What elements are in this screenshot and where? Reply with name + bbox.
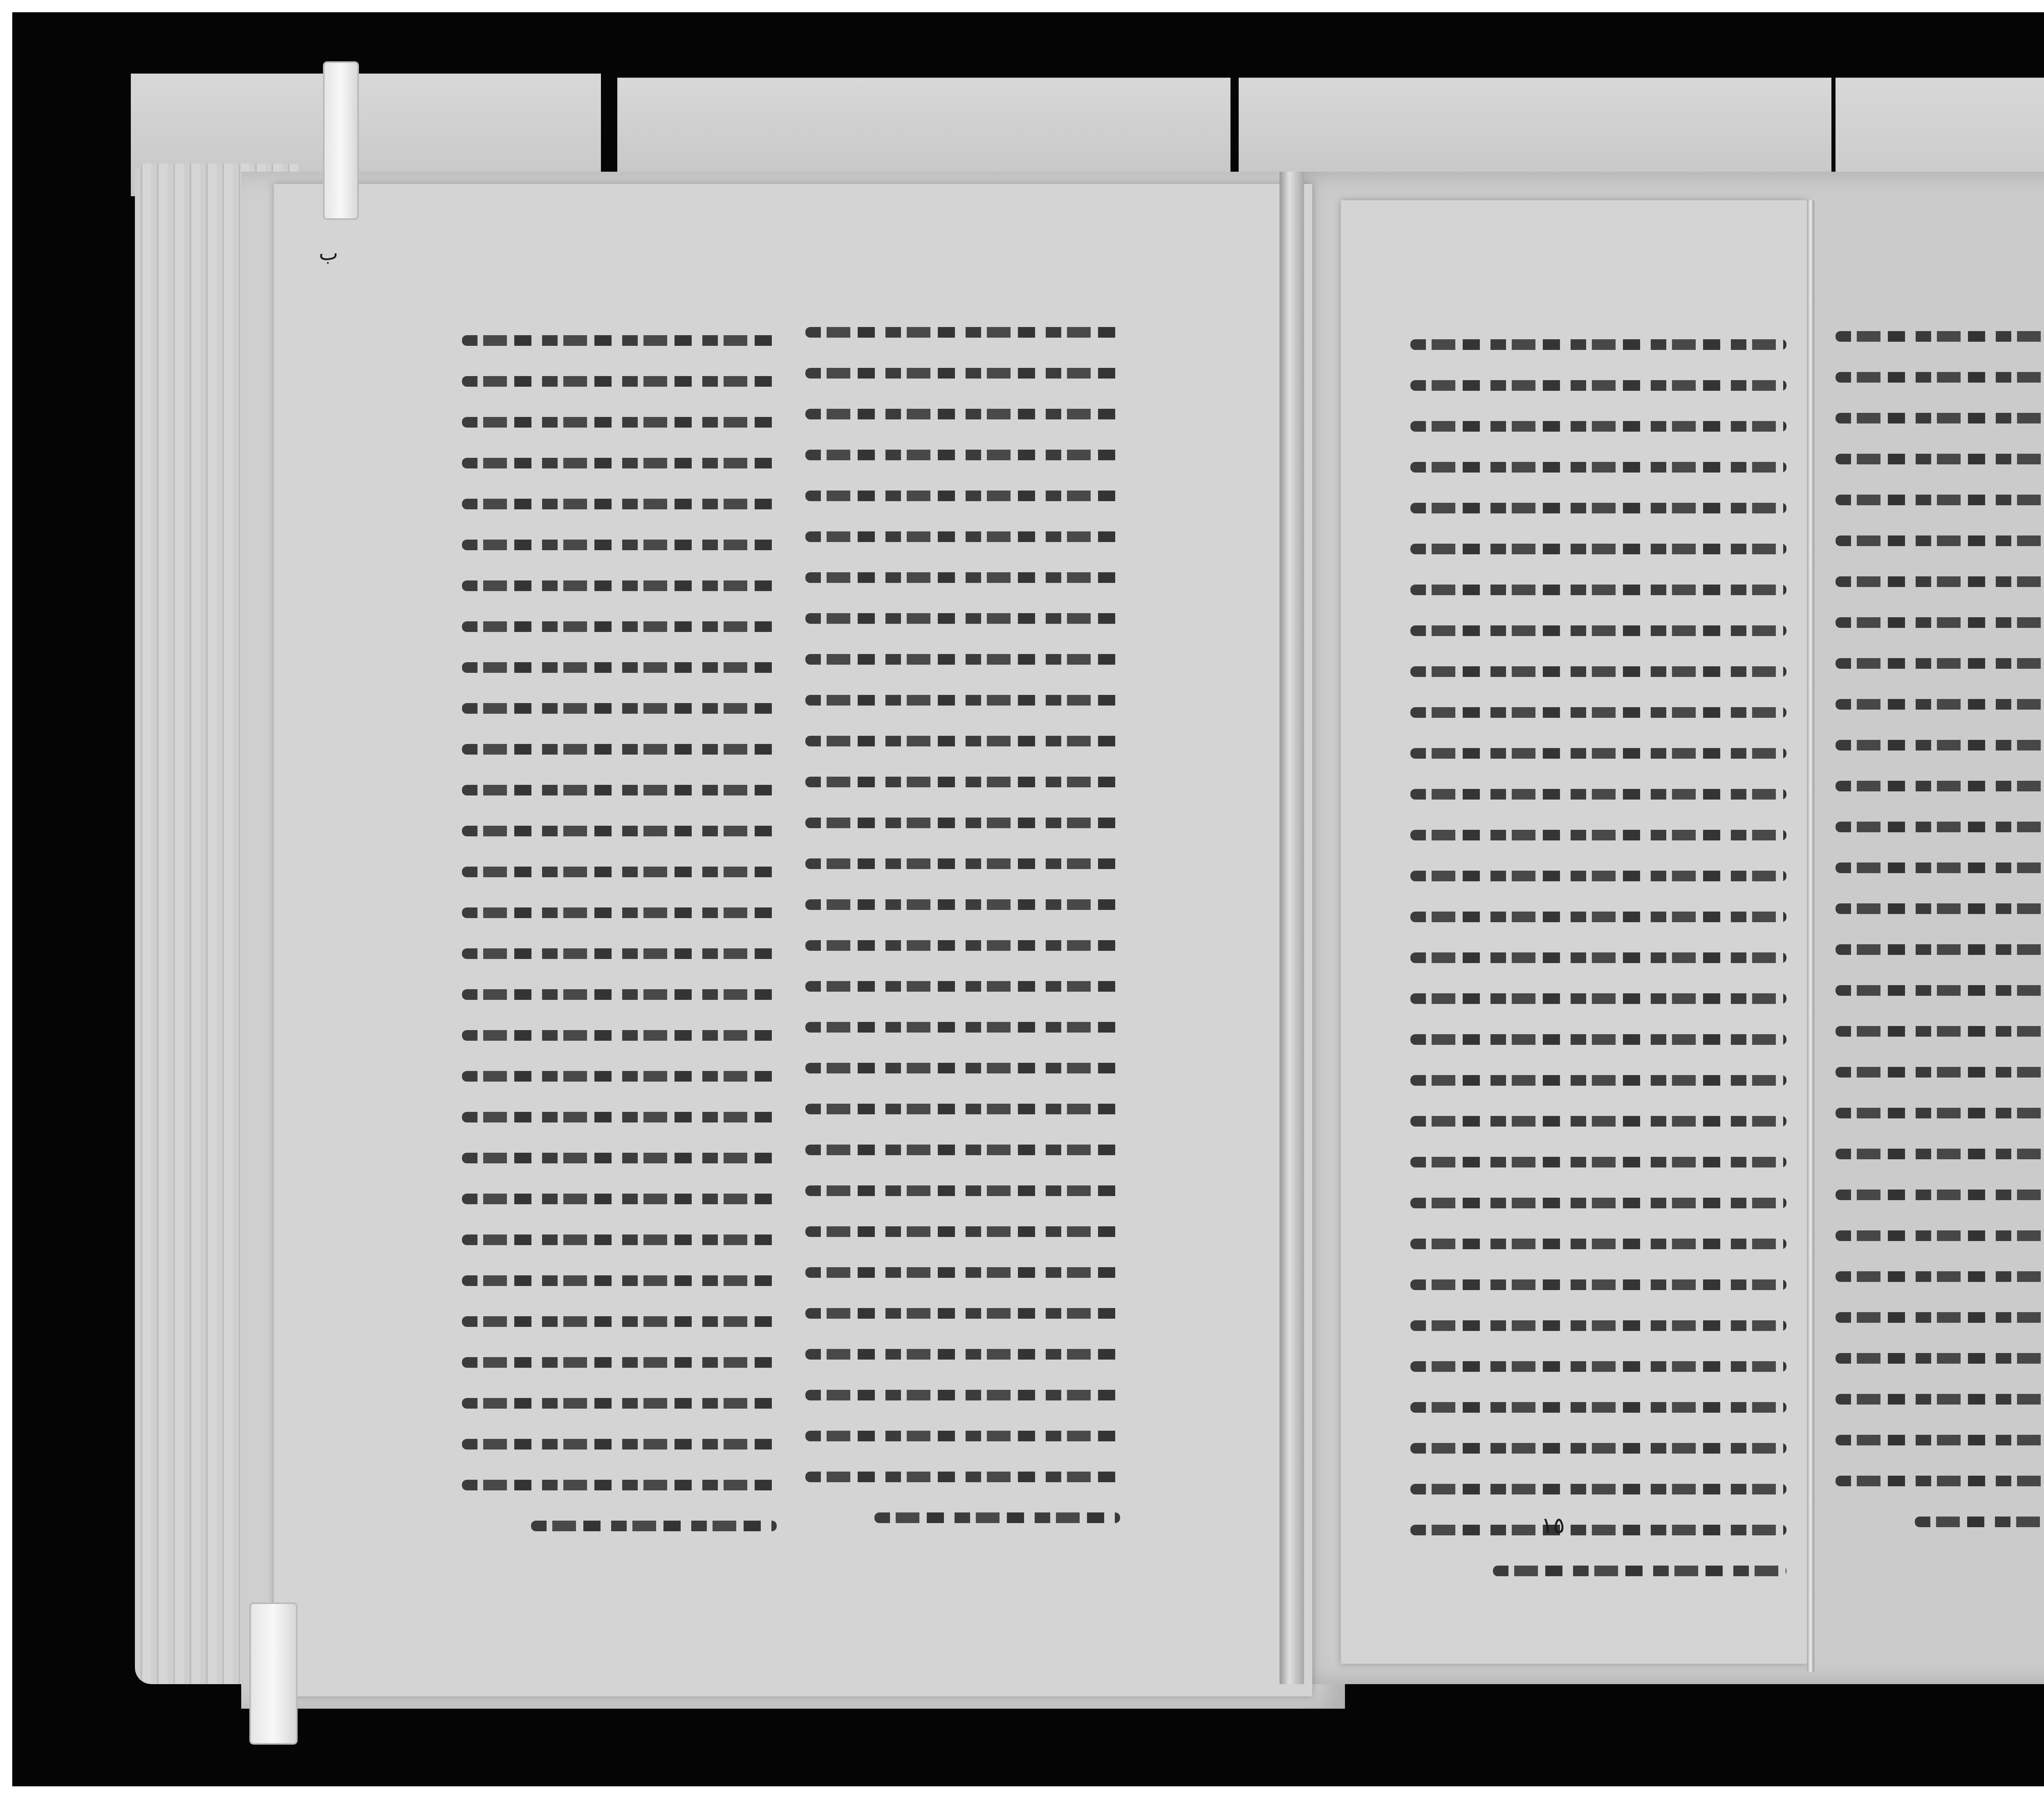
- text-line: [805, 736, 1120, 746]
- text-line: [1836, 1476, 2044, 1486]
- text-line: [462, 580, 777, 591]
- text-line: [462, 1153, 777, 1163]
- text-line: [1836, 617, 2044, 628]
- text-line: [1836, 1353, 2044, 1364]
- text-line: [1410, 1402, 1786, 1413]
- text-line: [1836, 1312, 2044, 1323]
- text-line: [1836, 1067, 2044, 1078]
- text-line: [462, 621, 777, 632]
- text-line: [1836, 1108, 2044, 1118]
- text-line: [1410, 1443, 1786, 1454]
- text-line: [462, 1439, 777, 1450]
- text-line: [462, 499, 777, 509]
- text-line: [1410, 1320, 1786, 1331]
- text-line: [805, 409, 1120, 419]
- text-line: [531, 1521, 777, 1531]
- text-line: [1915, 1517, 2044, 1527]
- text-line: [1410, 462, 1786, 473]
- text-line: [1410, 585, 1786, 595]
- text-line: [462, 907, 777, 918]
- text-line: [805, 1431, 1120, 1441]
- text-line: [1836, 331, 2044, 342]
- text-line: [462, 948, 777, 959]
- text-line: [462, 1030, 777, 1041]
- text-line: [1836, 372, 2044, 383]
- text-line: [1410, 952, 1786, 963]
- text-line: [805, 1185, 1120, 1196]
- text-line: [1836, 413, 2044, 423]
- text-line: [462, 1357, 777, 1368]
- text-line: [1410, 1075, 1786, 1086]
- text-line: [805, 1267, 1120, 1278]
- text-line: [1410, 503, 1786, 513]
- right-page-outer-column: [1836, 331, 2044, 1557]
- text-line: [1410, 421, 1786, 432]
- text-line: [1410, 1034, 1786, 1045]
- text-line: [1836, 535, 2044, 546]
- text-line: [1836, 699, 2044, 710]
- text-line: [462, 376, 777, 387]
- bottom-book-clip: [249, 1602, 298, 1745]
- text-line: [462, 1112, 777, 1122]
- text-line: [462, 1398, 777, 1409]
- text-line: [1836, 1271, 2044, 1282]
- text-line: [805, 491, 1120, 501]
- text-line: [1410, 544, 1786, 554]
- text-line: [1410, 1484, 1786, 1494]
- left-page-corner-mark: ب: [319, 241, 338, 265]
- text-line: [1836, 740, 2044, 751]
- book-gutter: [1280, 172, 1304, 1684]
- text-line: [805, 1063, 1120, 1073]
- text-line: [805, 572, 1120, 583]
- text-line: [1836, 863, 2044, 873]
- text-line: [462, 540, 777, 550]
- text-line: [1410, 871, 1786, 881]
- text-line: [1836, 495, 2044, 505]
- text-line: [1410, 1279, 1786, 1290]
- text-line: [462, 826, 777, 836]
- text-line: [1836, 822, 2044, 832]
- text-line: [462, 744, 777, 755]
- text-line: [462, 417, 777, 428]
- text-line: [1410, 912, 1786, 922]
- text-line: [462, 1071, 777, 1082]
- text-line: [462, 662, 777, 673]
- text-line: [1836, 658, 2044, 669]
- text-line: [805, 1349, 1120, 1360]
- text-line: [1836, 781, 2044, 791]
- text-line: [805, 1308, 1120, 1319]
- text-line: [1410, 380, 1786, 391]
- left-page-outer-column: [462, 335, 777, 1562]
- text-line: [1410, 830, 1786, 840]
- text-line: [805, 613, 1120, 624]
- text-line: [805, 940, 1120, 951]
- text-line: [805, 368, 1120, 379]
- text-line: [1410, 993, 1786, 1004]
- text-line: [462, 703, 777, 714]
- text-line: [462, 458, 777, 468]
- text-line: [805, 1226, 1120, 1237]
- text-line: [462, 1480, 777, 1490]
- text-line: [462, 867, 777, 877]
- text-line: [1410, 707, 1786, 718]
- text-line: [462, 1234, 777, 1245]
- text-line: [805, 1104, 1120, 1114]
- text-line: [805, 818, 1120, 828]
- text-line: [805, 654, 1120, 665]
- text-line: [805, 777, 1120, 787]
- text-line: [805, 1022, 1120, 1033]
- text-line: [462, 989, 777, 1000]
- text-line: [874, 1512, 1120, 1523]
- text-line: [462, 1275, 777, 1286]
- text-line: [1410, 625, 1786, 636]
- text-line: [805, 1390, 1120, 1400]
- text-line: [1410, 1239, 1786, 1249]
- text-line: [1836, 944, 2044, 955]
- text-line: [1836, 985, 2044, 996]
- text-line: [1836, 1190, 2044, 1200]
- text-line: [462, 1194, 777, 1204]
- text-line: [1836, 903, 2044, 914]
- text-line: [462, 785, 777, 795]
- text-line: [1410, 1116, 1786, 1127]
- text-line: [805, 450, 1120, 460]
- left-page-inner-column: [805, 327, 1120, 1553]
- text-line: [805, 1472, 1120, 1482]
- open-codex: ب ١٥ ܗܘܐ ܕܝܢ ܕܢܬܒ ܡܠܦܢܐ: [135, 147, 2044, 1713]
- text-line: [805, 1145, 1120, 1155]
- text-line: [1836, 576, 2044, 587]
- text-line: [1410, 789, 1786, 800]
- text-line: [1836, 1230, 2044, 1241]
- text-line: [462, 1316, 777, 1327]
- text-line: [1410, 1198, 1786, 1208]
- text-line: [805, 858, 1120, 869]
- right-page-inner-column: [1410, 339, 1786, 1606]
- folio-number: ١٥: [1541, 1512, 1565, 1538]
- left-inserted-sheet: [274, 184, 1312, 1696]
- top-book-clip: [323, 61, 359, 220]
- right-page-fold: [1807, 200, 1814, 1672]
- text-line: [1410, 1361, 1786, 1372]
- text-line: [1410, 1525, 1786, 1535]
- text-line: [805, 695, 1120, 706]
- photo-frame: ب ١٥ ܗܘܐ ܕܝܢ ܕܢܬܒ ܡܠܦܢܐ: [12, 12, 2044, 1786]
- text-line: [1836, 1149, 2044, 1159]
- text-line: [1836, 1435, 2044, 1445]
- text-line: [1410, 748, 1786, 759]
- text-line: [462, 335, 777, 346]
- text-line: [1836, 454, 2044, 464]
- text-line: [1836, 1026, 2044, 1037]
- text-line: [1410, 339, 1786, 350]
- text-line: [805, 899, 1120, 910]
- text-line: [1410, 666, 1786, 677]
- text-line: [805, 981, 1120, 992]
- text-line: [805, 327, 1120, 338]
- text-line: [1410, 1157, 1786, 1167]
- text-line: [1493, 1566, 1786, 1576]
- text-line: [1836, 1394, 2044, 1405]
- text-line: [805, 531, 1120, 542]
